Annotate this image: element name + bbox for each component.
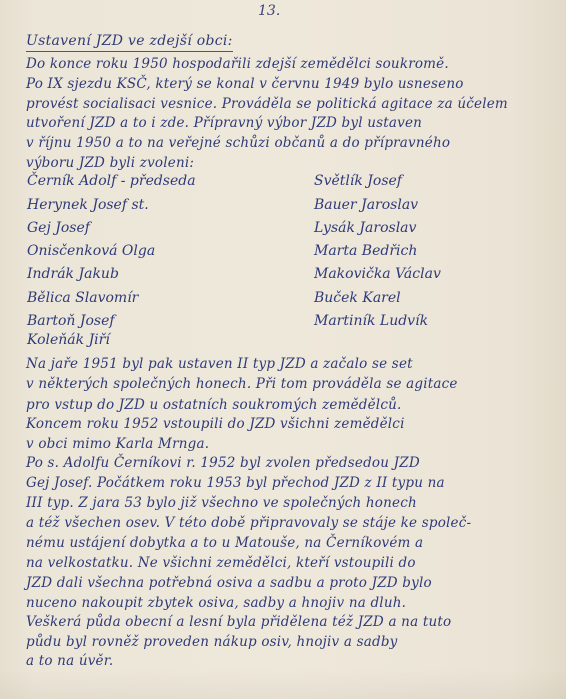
- member-name: Lysák Jaroslav: [314, 220, 416, 236]
- text-line: nému ustájení dobytka a to u Matouše, na…: [26, 534, 423, 552]
- text-line: v některých společných honech. Při tom p…: [26, 375, 458, 393]
- text-line: JZD dali všechna potřebná osiva a sadbu …: [26, 574, 432, 592]
- member-name: Světlík Josef: [314, 173, 402, 189]
- member-name: Koleňák Jiří: [27, 332, 110, 348]
- member-name: Onisčenková Olga: [27, 243, 155, 259]
- text-line: pro vstup do JZD u ostatních soukromých …: [26, 396, 401, 414]
- text-line: Po IX sjezdu KSČ, který se konal v červn…: [26, 75, 464, 93]
- member-name: Gej Josef: [27, 220, 90, 236]
- text-line: na velkostatku. Ne všichni zemědělci, kt…: [26, 554, 416, 572]
- text-line: v říjnu 1950 a to na veřejné schůzi obča…: [26, 134, 450, 152]
- member-name: Bartoň Josef: [27, 313, 115, 329]
- text-line: nuceno nakoupit zbytek osiva, sadby a hn…: [26, 594, 406, 612]
- page-number: 13.: [258, 3, 280, 19]
- text-line: Koncem roku 1952 vstoupili do JZD všichn…: [26, 415, 405, 433]
- member-name: Bělica Slavomír: [27, 290, 138, 306]
- text-line: v obci mimo Karla Mrnga.: [26, 435, 209, 453]
- text-line: Na jaře 1951 byl pak ustaven II typ JZD …: [26, 355, 413, 373]
- text-line: Gej Josef. Počátkem roku 1953 byl přecho…: [26, 474, 445, 492]
- text-line: půdu byl rovněž proveden nákup osiv, hno…: [26, 633, 398, 651]
- member-name: Bauer Jaroslav: [314, 197, 418, 213]
- member-name: Buček Karel: [314, 290, 401, 306]
- member-name: Martiník Ludvík: [314, 313, 428, 329]
- text-line: a též všechen osev. V této době připravo…: [26, 514, 471, 532]
- text-line: III typ. Z jara 53 bylo již všechno ve s…: [26, 494, 417, 512]
- text-line: výboru JZD byli zvoleni:: [26, 154, 194, 172]
- text-line: a to na úvěr.: [26, 652, 113, 670]
- member-name: Herynek Josef st.: [27, 197, 149, 213]
- text-line: provést socialisaci vesnice. Prováděla s…: [26, 95, 508, 113]
- member-name: Makovička Václav: [314, 266, 441, 282]
- heading-underline: [26, 51, 233, 52]
- member-name: Černík Adolf - předseda: [27, 173, 196, 189]
- text-line: Po s. Adolfu Černíkovi r. 1952 byl zvole…: [26, 454, 420, 472]
- text-line: Do konce roku 1950 hospodařili zdejší ze…: [26, 55, 449, 73]
- section-heading: Ustavení JZD ve zdejší obci:: [26, 33, 233, 49]
- text-line: Veškerá půda obecní a lesní byla přiděle…: [26, 613, 451, 631]
- member-name: Marta Bedřich: [314, 243, 417, 259]
- text-line: utvoření JZD a to i zde. Přípravný výbor…: [26, 114, 422, 132]
- handwritten-chronicle-page: 13. Ustavení JZD ve zdejší obci: Do konc…: [0, 0, 566, 699]
- paper-edge-shadow: [0, 669, 566, 699]
- member-name: Indrák Jakub: [27, 266, 119, 282]
